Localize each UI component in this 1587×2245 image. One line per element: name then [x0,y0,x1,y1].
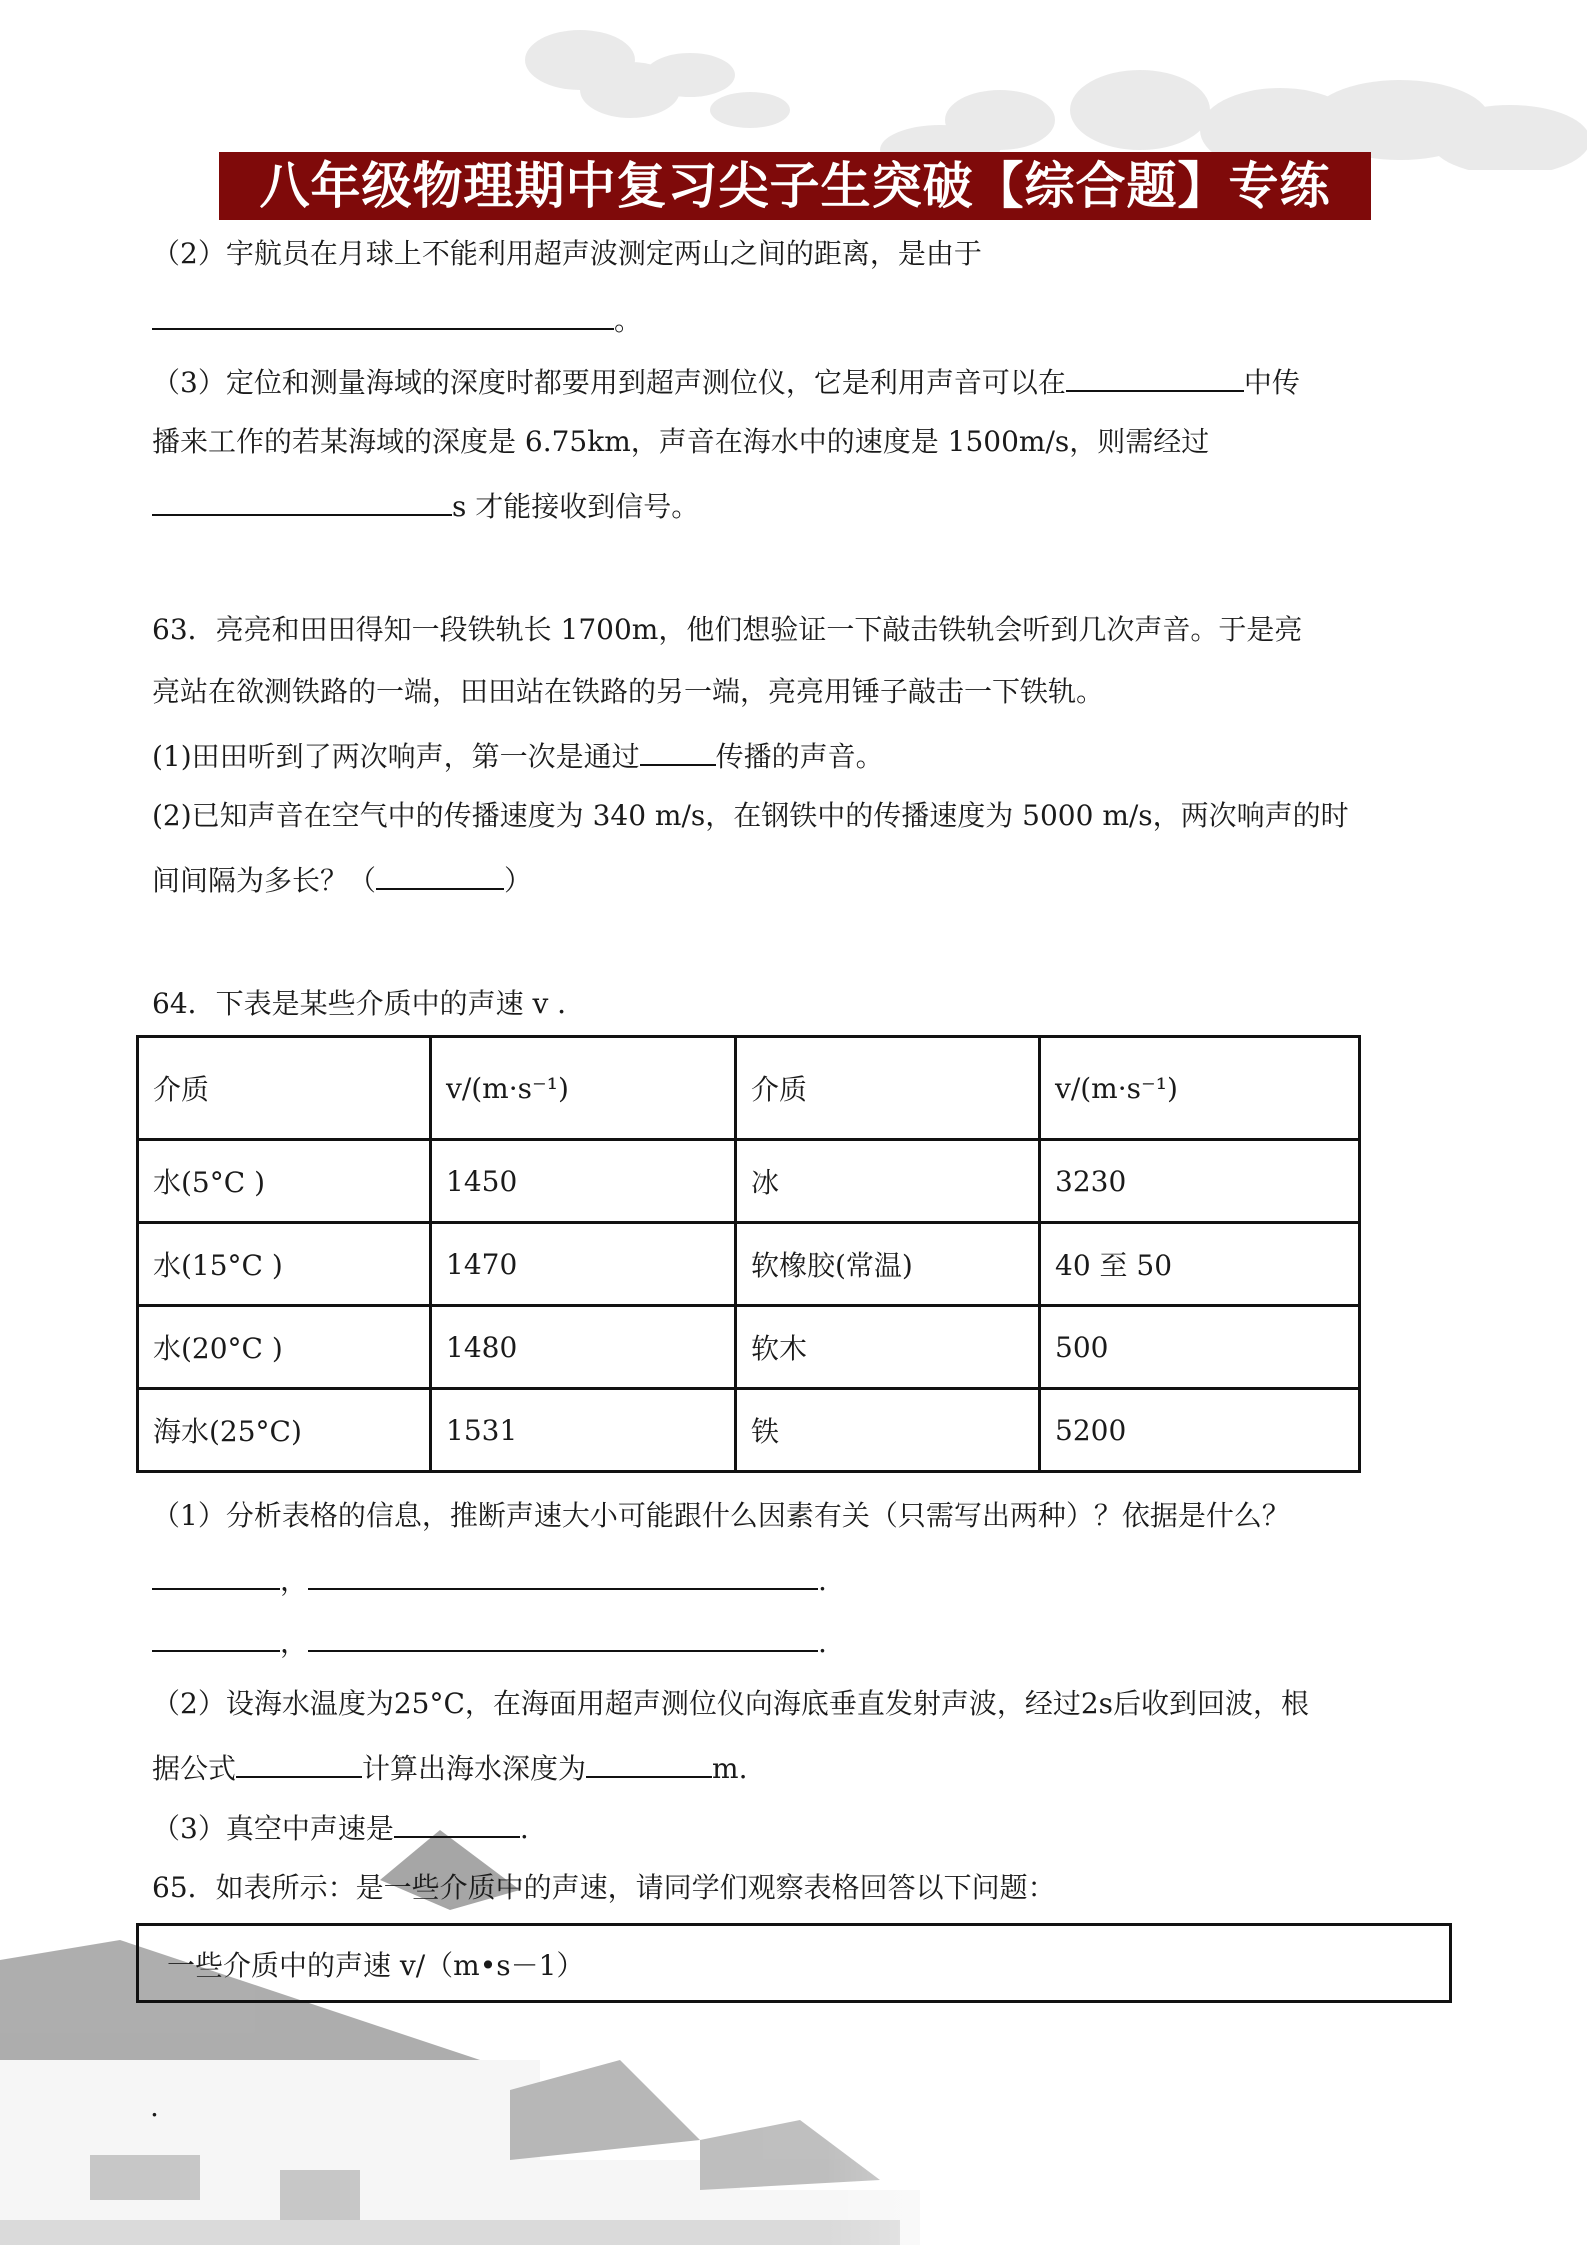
q63-line2: 亮站在欲测铁路的一端，田田站在铁路的另一端，亮亮用锤子敲击一下铁轨。 [152,672,1104,712]
depth-blank[interactable] [586,1746,712,1778]
q64-intro: 64．下表是某些介质中的声速 v ． [152,984,585,1024]
cell-speed: 3230 [1040,1140,1360,1223]
cell-medium: 海水(25°C) [138,1389,431,1472]
q62-part2-text: （2）宇航员在月球上不能利用超声波测定两山之间的距离，是由于 [152,234,982,274]
cell-medium: 软橡胶(常温) [736,1223,1040,1306]
table-header-row: 介质 v/(m·s⁻¹) 介质 v/(m·s⁻¹) [138,1037,1360,1140]
q64-part1-answer-line2: ，. [152,1620,827,1663]
cell-speed: 5200 [1040,1389,1360,1472]
q64-part3: （3）真空中声速是. [152,1806,529,1849]
cell-medium: 水(5°C ) [138,1140,431,1223]
q64-part2-line2: 据公式计算出海水深度为m. [152,1746,747,1789]
answer-blank[interactable] [152,298,614,330]
trailing-mark: . [150,2090,159,2123]
formula-blank[interactable] [236,1746,362,1778]
cloud-decoration [500,0,1587,170]
answer-blank[interactable] [640,734,716,766]
q65-table-caption: 一些介质中的声速 v/（m•s－1） [167,1944,584,1984]
answer-blank[interactable] [376,858,504,890]
answer-blank[interactable] [1066,360,1244,392]
q62-part3-line3: s 才能接收到信号。 [152,484,699,527]
cell-medium: 冰 [736,1140,1040,1223]
q65-intro: 65．如表所示：是一些介质中的声速，请同学们观察表格回答以下问题： [152,1868,1056,1908]
answer-blank[interactable] [394,1806,520,1838]
q64-part2-line1: （2）设海水温度为25°C，在海面用超声测位仪向海底垂直发射声波，经过2s后收到… [152,1684,1309,1724]
answer-blank[interactable] [308,1558,818,1590]
header-speed: v/(m·s⁻¹) [1040,1037,1360,1140]
q63-part2-line2: 间间隔为多长？（） [152,858,532,901]
cell-speed: 1470 [431,1223,736,1306]
header-medium: 介质 [736,1037,1040,1140]
q63-part1: (1)田田听到了两次响声，第一次是通过传播的声音。 [152,734,884,777]
cell-speed: 1480 [431,1306,736,1389]
cell-speed: 500 [1040,1306,1360,1389]
q62-part3-line1: （3）定位和测量海域的深度时都要用到超声测位仪，它是利用声音可以在中传 [152,360,1300,403]
cell-medium: 软木 [736,1306,1040,1389]
sound-speed-table: 介质 v/(m·s⁻¹) 介质 v/(m·s⁻¹) 水(5°C ) 1450 冰… [136,1035,1361,1473]
cell-medium: 铁 [736,1389,1040,1472]
header-medium: 介质 [138,1037,431,1140]
cell-medium: 水(15°C ) [138,1223,431,1306]
cell-speed: 1450 [431,1140,736,1223]
answer-blank[interactable] [152,1620,280,1652]
q62-part2-answer-line: 。 [152,298,642,341]
q62-part3-line2: 播来工作的若某海域的深度是 6.75km，声音在海水中的速度是 1500m/s，… [152,422,1209,462]
cell-medium: 水(20°C ) [138,1306,431,1389]
table-row: 海水(25°C) 1531 铁 5200 [138,1389,1360,1472]
answer-blank[interactable] [152,1558,280,1590]
header-speed: v/(m·s⁻¹) [431,1037,736,1140]
cell-speed: 1531 [431,1389,736,1472]
table-row: 水(5°C ) 1450 冰 3230 [138,1140,1360,1223]
answer-blank[interactable] [152,484,452,516]
q65-table-caption-box: 一些介质中的声速 v/（m•s－1） [136,1923,1452,2003]
q64-part1-answer-line1: ，. [152,1558,827,1601]
table-row: 水(20°C ) 1480 软木 500 [138,1306,1360,1389]
table-row: 水(15°C ) 1470 软橡胶(常温) 40 至 50 [138,1223,1360,1306]
cell-speed: 40 至 50 [1040,1223,1360,1306]
q64-part1-text: （1）分析表格的信息，推断声速大小可能跟什么因素有关（只需写出两种）？依据是什么… [152,1496,1290,1536]
q63-part2-line1: (2)已知声音在空气中的传播速度为 340 m/s，在钢铁中的传播速度为 500… [152,796,1349,836]
q63-line1: 63．亮亮和田田得知一段铁轨长 1700m，他们想验证一下敲击铁轨会听到几次声音… [152,610,1302,650]
page-title: 八年级物理期中复习尖子生突破【综合题】专练 [219,152,1371,220]
answer-blank[interactable] [308,1620,818,1652]
